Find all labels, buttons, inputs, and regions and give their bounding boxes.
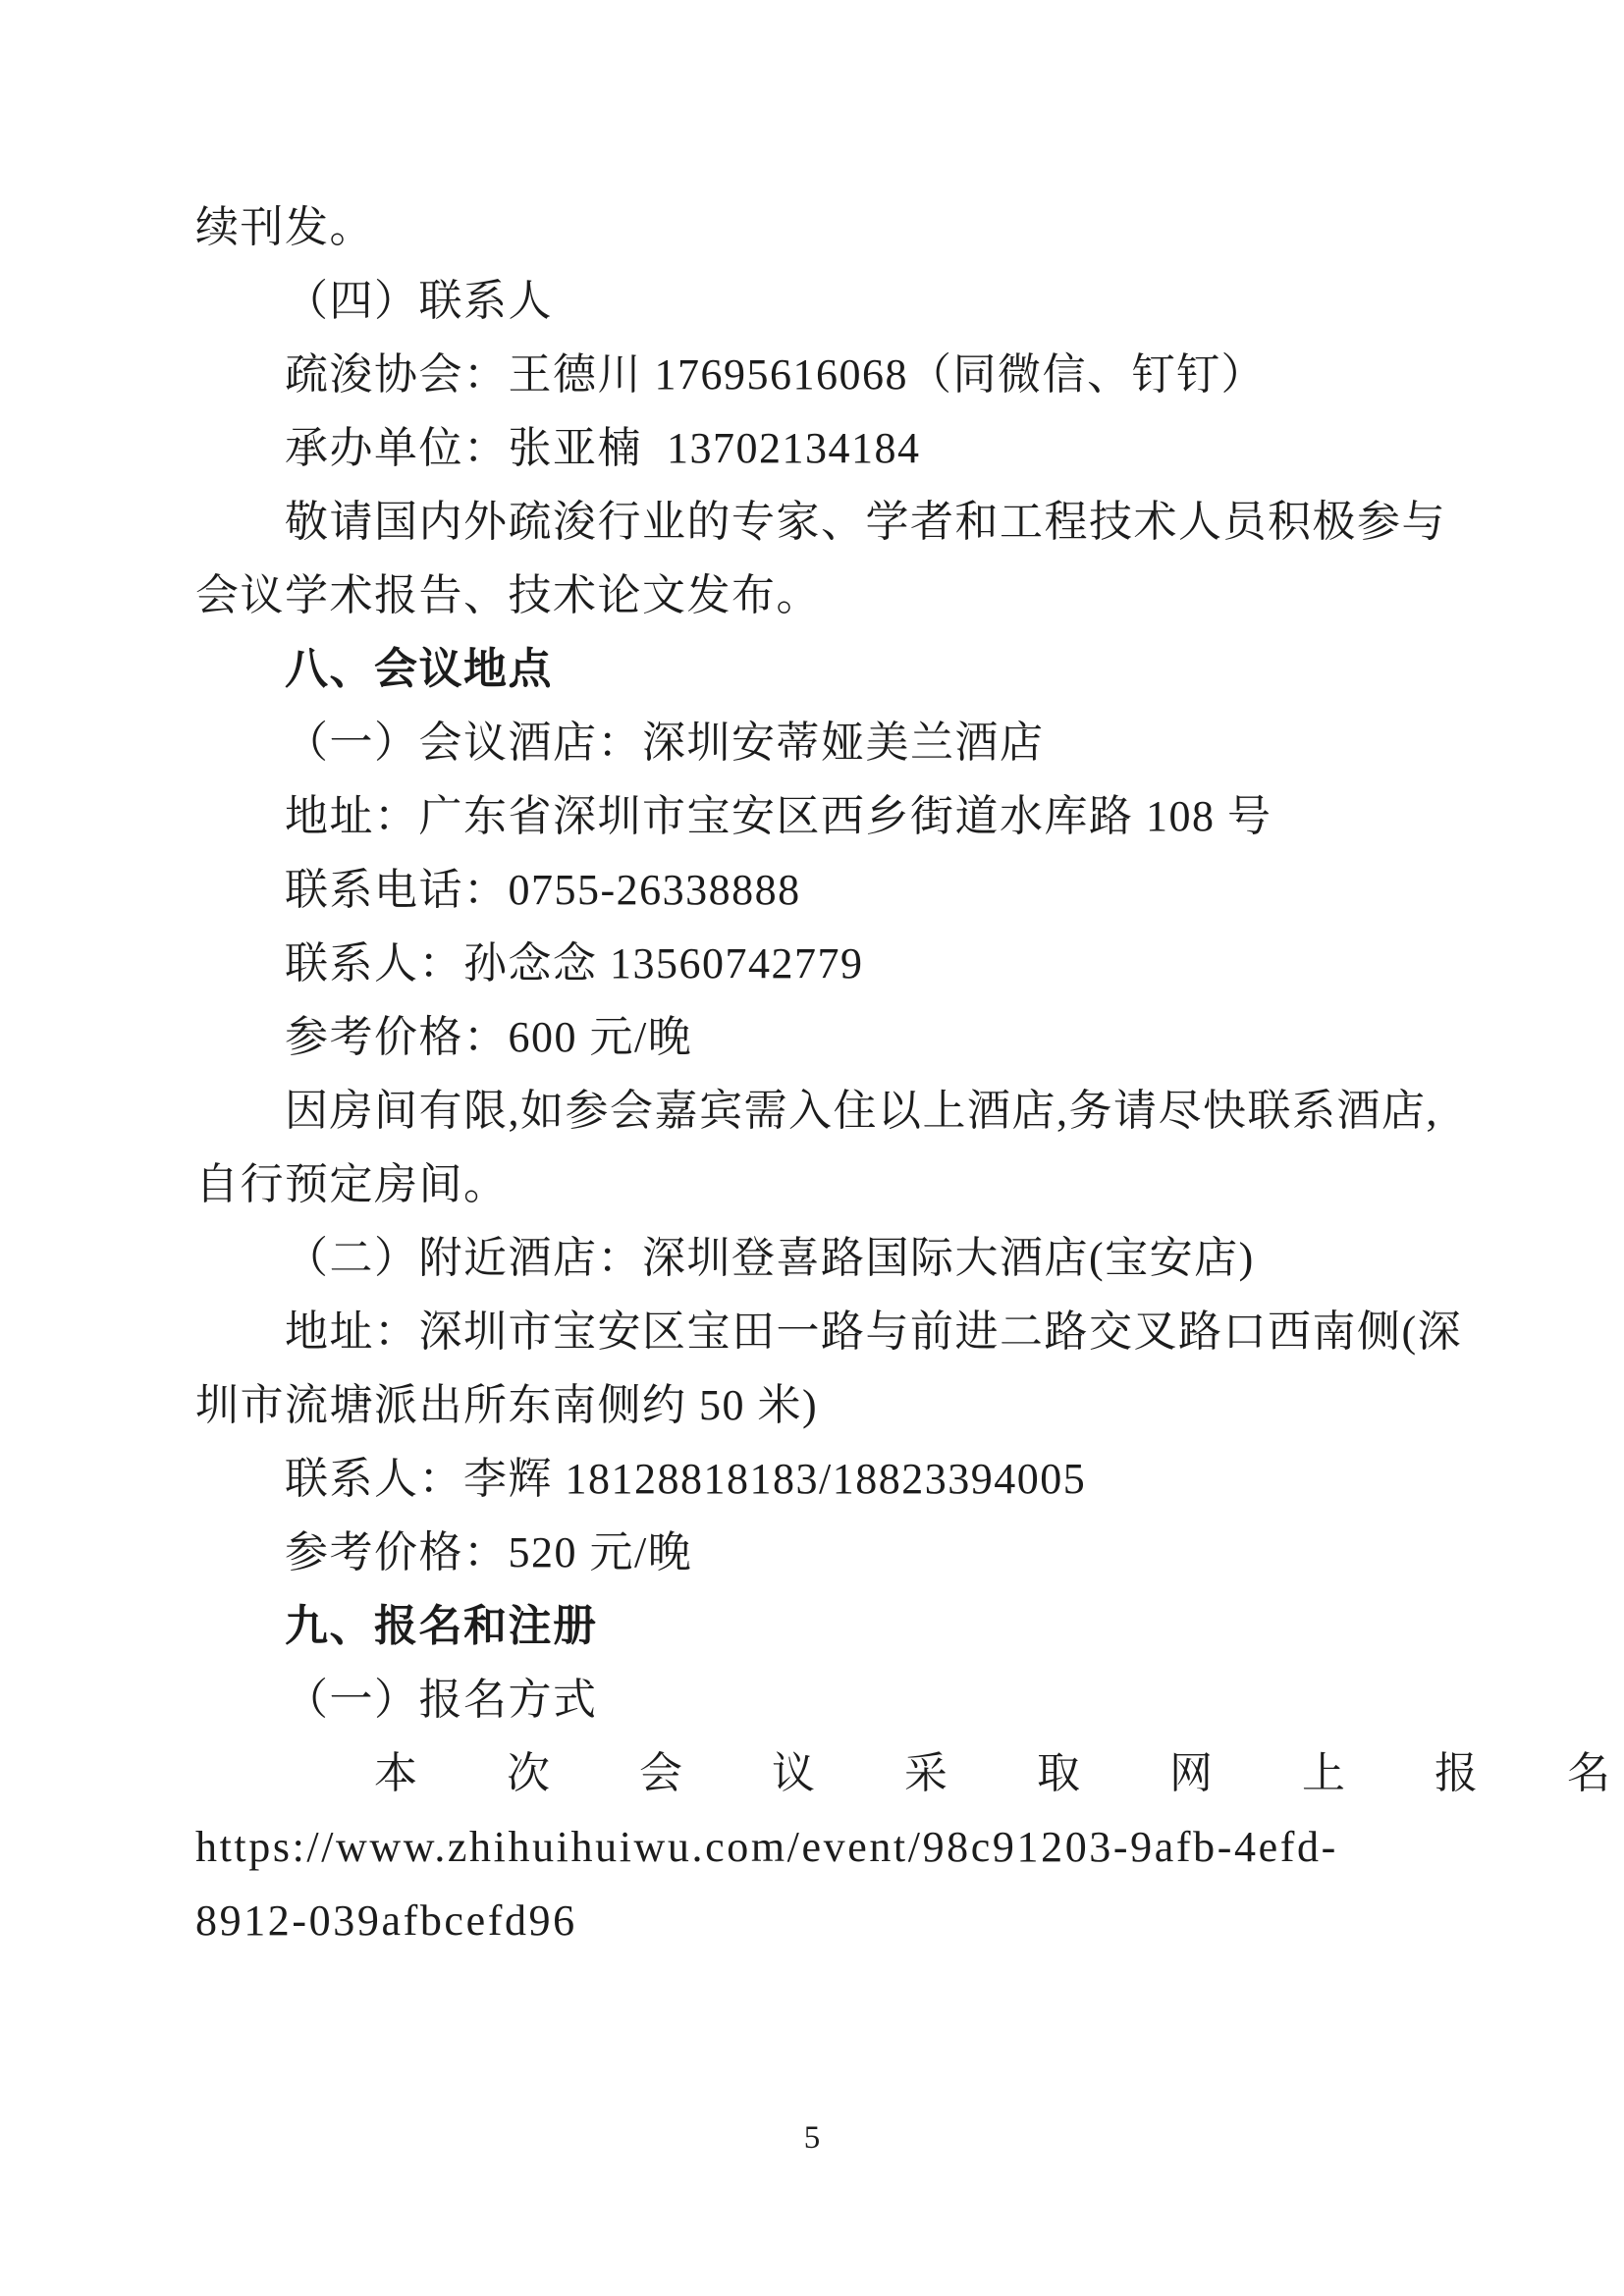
text-line: 地址：广东省深圳市宝安区西乡街道水库路 108 号 xyxy=(195,779,1450,853)
distributed-char: ， xyxy=(1610,1736,1624,1810)
text-line: 圳市流塘派出所东南侧约 50 米) xyxy=(195,1368,1450,1442)
distributed-char: 议 xyxy=(682,1736,815,1810)
document-page: 续刊发。（四）联系人疏浚协会：王德川 17695616068（同微信、钉钉）承办… xyxy=(0,0,1624,2296)
document-content: 续刊发。（四）联系人疏浚协会：王德川 17695616068（同微信、钉钉）承办… xyxy=(195,190,1450,1957)
distributed-char: 采 xyxy=(815,1736,947,1810)
text-line: 续刊发。 xyxy=(195,190,1450,264)
text-line: 会议学术报告、技术论文发布。 xyxy=(195,559,1450,632)
distributed-char: 取 xyxy=(947,1736,1080,1810)
text-line: 疏浚协会：王德川 17695616068（同微信、钉钉） xyxy=(195,338,1450,411)
distributed-char: 网 xyxy=(1080,1736,1213,1810)
text-line: 联系人：李辉 18128818183/18823394005 xyxy=(195,1442,1450,1516)
text-line: （四）联系人 xyxy=(195,264,1450,338)
text-line: 本次会议采取网上报名，报名网址： xyxy=(195,1736,1450,1810)
text-line: https://www.zhihuihuiwu.com/event/98c912… xyxy=(195,1810,1450,1884)
distributed-char: 名 xyxy=(1478,1736,1610,1810)
distributed-char: 次 xyxy=(417,1736,550,1810)
text-line: （一）会议酒店：深圳安蒂娅美兰酒店 xyxy=(195,706,1450,779)
text-line: 地址：深圳市宝安区宝田一路与前进二路交叉路口西南侧(深 xyxy=(195,1295,1450,1368)
text-line: 参考价格：520 元/晚 xyxy=(195,1516,1450,1589)
distributed-char: 报 xyxy=(1345,1736,1478,1810)
distributed-char: 本 xyxy=(285,1736,417,1810)
text-line: 参考价格：600 元/晚 xyxy=(195,1000,1450,1074)
text-line: 联系电话：0755-26338888 xyxy=(195,853,1450,927)
distributed-char: 会 xyxy=(550,1736,682,1810)
page-number: 5 xyxy=(0,2122,1624,2155)
text-line: （二）附近酒店：深圳登喜路国际大酒店(宝安店) xyxy=(195,1221,1450,1295)
text-line: 敬请国内外疏浚行业的专家、学者和工程技术人员积极参与 xyxy=(195,485,1450,559)
text-line: 8912-039afbcefd96 xyxy=(195,1884,1450,1957)
section-heading: 九、报名和注册 xyxy=(195,1589,1450,1663)
text-line: 自行预定房间。 xyxy=(195,1148,1450,1221)
text-line: 联系人：孙念念 13560742779 xyxy=(195,927,1450,1000)
distributed-char: 上 xyxy=(1213,1736,1345,1810)
text-line: 因房间有限,如参会嘉宾需入住以上酒店,务请尽快联系酒店, xyxy=(195,1074,1450,1148)
text-line: 承办单位：张亚楠 13702134184 xyxy=(195,411,1450,485)
section-heading: 八、会议地点 xyxy=(195,632,1450,706)
text-line: （一）报名方式 xyxy=(195,1663,1450,1736)
